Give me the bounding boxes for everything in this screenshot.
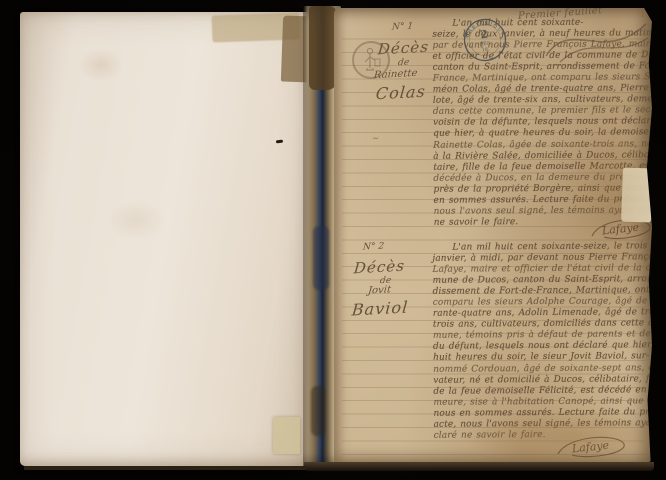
book-bottom-edge [304,462,654,471]
margin-word-de: de [398,58,410,69]
handwritten-line: Lafaye, maire et officier de l'état civi… [432,263,648,276]
handwritten-line: meure, sise à l'habitation Canopé, ainsi… [433,396,649,409]
repair-tissue-patch [621,167,653,222]
spine-damage-patch [311,386,325,436]
handwritten-line: mune, témoins pris à défaut de parents e… [433,330,649,343]
margin-word-surname: Colas [375,82,427,104]
ink-fleck [276,140,283,144]
spine-damage-patch [309,6,337,90]
paper-stain [106,200,166,240]
entry-2-body-text: L'an mil huit cent soixante-seize, le tr… [432,241,649,441]
register-page: Premier feuillet 1 MARTINIQUE 2 DÉC. 18.… [334,8,652,464]
left-blank-page [20,12,312,466]
handwritten-line: comparu les sieurs Adolphe Courage, âgé … [433,296,649,309]
paper-stain [78,48,124,82]
handwritten-line: France, Martinique, ont comparu les sieu… [433,72,649,85]
signature-text: Lafaye [570,439,610,456]
margin-word-firstname: Rainette [373,68,417,81]
scanned-register-photo: Premier feuillet 1 MARTINIQUE 2 DÉC. 18.… [0,0,666,480]
handwritten-line: décédée à Ducos, en la demeure du premie… [433,172,649,185]
signature-entry-2: Lafaye [552,430,632,464]
entry-1-body-text: L'an mil huit cent soixante-seize, le de… [432,17,649,228]
margin-word-deces: Décès [353,257,406,278]
handwritten-line: nommé Cordouan, âgé de soixante-sept ans… [433,363,649,376]
tape-residue-bottom [273,417,300,454]
handwritten-line: par devant nous Pierre François Lafaye, … [432,39,648,52]
margin-word-deces: Décès [377,38,430,59]
signature-text: Lafaye [600,221,640,238]
margin-check-mark: ~ [372,134,380,145]
handwritten-line: Rainette Colas, âgée de soixante-trois a… [433,139,649,152]
entry-number: N° 2 [362,241,384,252]
book-bottom-edge-left [24,466,306,470]
margin-word-surname: Baviol [351,298,409,320]
margin-word-firstname: Jovit [367,284,391,296]
entry-number: N° 1 [391,21,413,32]
handwritten-line: dans cette commune, le premier fils et l… [433,106,649,119]
spine-binding-cloth [313,226,329,290]
